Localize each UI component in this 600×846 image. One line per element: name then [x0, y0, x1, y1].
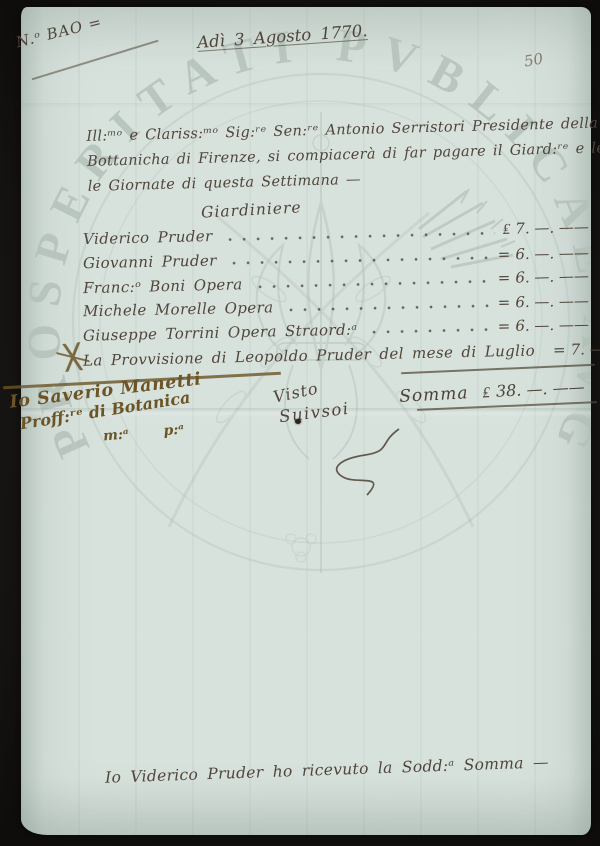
ledger-row: La Provvisione di Leopoldo Pruder del me…: [83, 340, 589, 369]
currency-sign: =: [498, 245, 511, 263]
dot-leader: [283, 300, 489, 316]
amount-value: 7. —. ——: [515, 218, 589, 238]
payee-name: Franc:ᵒ Boni Opera: [83, 275, 243, 297]
pen-stroke: [32, 40, 159, 80]
somma-amount: 38. —. ——: [495, 377, 585, 401]
crossout-mark: [56, 341, 91, 372]
dot-leader: [227, 252, 490, 270]
currency-sign: =: [498, 317, 511, 335]
signature-paraph: [321, 425, 417, 501]
amount-value: 7. —. ——: [570, 339, 600, 359]
amount: ₤7. —. ——: [503, 218, 590, 239]
amount-value: 6. —. ——: [515, 267, 589, 287]
date: Adì 3 Agosto 1770.: [197, 21, 369, 52]
amount: =7. —. ——: [553, 339, 600, 359]
archival-mark: N.ᵒ BAO =: [14, 13, 104, 52]
receipt-line: Io Viderico Pruder ho ricevuto la Sodd:ᵃ…: [105, 753, 549, 786]
signature-manetti-mp: m:ᵃ p:ᵃ: [102, 421, 184, 444]
scan-background: PROSPERITATI PVBLICAE AVGENDAE: [0, 0, 600, 846]
dot-leader: [367, 324, 490, 339]
currency-sign: ₤: [503, 220, 511, 238]
amount: =6. —. ——: [498, 244, 590, 264]
amount: =6. —. ——: [498, 267, 590, 287]
payee-name: Giuseppe Torrini Opera Straord:ᵃ: [83, 321, 358, 345]
amount: =6. —. ——: [498, 292, 590, 312]
amount-value: 6. —. ——: [515, 315, 589, 335]
somma-label: Somma: [399, 383, 469, 407]
dot-leader: [223, 227, 495, 246]
payee-name: Viderico Pruder: [83, 227, 213, 248]
amount-value: 6. —. ——: [515, 244, 589, 264]
salutation: Ill:ᵐᵒ e Clariss:ᵐᵒ Sig:ʳᵉ Sen:ʳᵉ Antoni…: [86, 109, 600, 200]
somma-currency: ₤: [482, 383, 490, 402]
dot-leader: [253, 275, 490, 293]
fold-crease-top: [21, 103, 591, 108]
payee-name: La Provvisione di Leopoldo Pruder del me…: [83, 341, 535, 369]
currency-sign: =: [498, 293, 511, 311]
currency-sign: =: [498, 269, 511, 287]
payee-name: Michele Morelle Opera: [83, 298, 274, 320]
section-heading: Giardiniere: [201, 198, 302, 221]
ledger-row: Giuseppe Torrini Opera Straord:ᵃ =6. —. …: [83, 315, 589, 344]
payee-name: Giovanni Pruder: [83, 252, 217, 273]
sum-row: Somma ₤ 38. —. ——: [398, 370, 585, 407]
folio-number: 50: [523, 49, 545, 70]
currency-sign: =: [553, 341, 566, 359]
paper-sheet: PROSPERITATI PVBLICAE AVGENDAE: [21, 7, 591, 835]
amount-value: 6. —. ——: [515, 292, 589, 312]
amount: =6. —. ——: [498, 315, 590, 335]
seal-rosette: [286, 534, 316, 562]
ink-blot: [295, 419, 301, 424]
